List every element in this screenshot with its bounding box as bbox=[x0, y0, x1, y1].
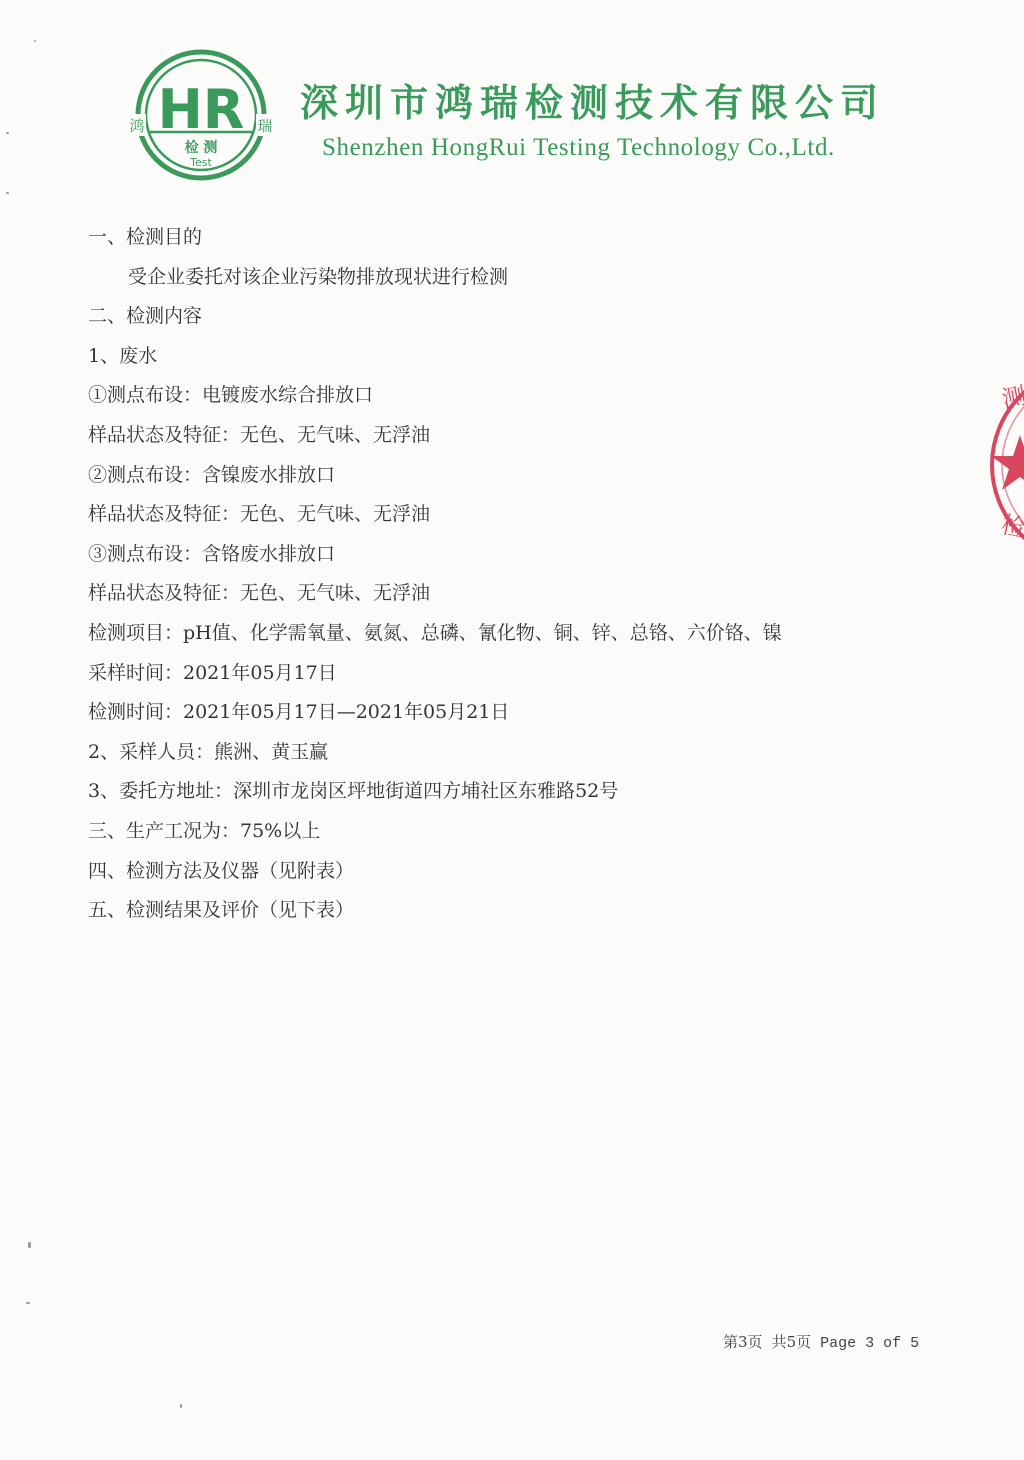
purpose-text: 受企业委托对该企业污染物排放现状进行检测 bbox=[88, 262, 948, 302]
sample-state-2: 样品状态及特征：无色、无气味、无浮油 bbox=[88, 499, 948, 539]
scan-speck bbox=[34, 40, 36, 42]
scan-speck bbox=[28, 1242, 31, 1248]
sampling-point-2: ②测点布设：含镍废水排放口 bbox=[88, 460, 948, 500]
svg-text:鸿: 鸿 bbox=[129, 117, 144, 135]
testing-period: 检测时间：2021年05月17日—2021年05月21日 bbox=[88, 697, 948, 737]
svg-text:HR: HR bbox=[158, 78, 245, 141]
svg-text:瑞: 瑞 bbox=[257, 117, 272, 135]
methods-instruments: 四、检测方法及仪器（见附表） bbox=[88, 856, 948, 896]
page-number-cn: 第3页 bbox=[723, 1333, 763, 1351]
production-condition: 三、生产工况为：75%以上 bbox=[88, 816, 948, 856]
sample-state-3: 样品状态及特征：无色、无气味、无浮油 bbox=[88, 578, 948, 618]
section-purpose-heading: 一、检测目的 bbox=[88, 222, 948, 262]
svg-text:检: 检 bbox=[999, 510, 1024, 542]
section-content-heading: 二、检测内容 bbox=[88, 301, 948, 341]
sampling-personnel: 2、采样人员：熊洲、黄玉赢 bbox=[88, 737, 948, 777]
sampling-date: 采样时间：2021年05月17日 bbox=[88, 658, 948, 698]
scan-speck bbox=[26, 1302, 30, 1304]
sampling-point-1: ①测点布设：电镀废水综合排放口 bbox=[88, 380, 948, 420]
test-items: 检测项目：pH值、化学需氧量、氨氮、总磷、氰化物、铜、锌、总铬、六价铬、镍 bbox=[88, 618, 948, 658]
svg-text:Test: Test bbox=[189, 156, 212, 169]
total-pages-cn: 共5页 bbox=[772, 1333, 812, 1351]
page-number-en: Page 3 of 5 bbox=[820, 1335, 919, 1352]
client-address: 3、委托方地址：深圳市龙岗区坪地街道四方埔社区东雅路52号 bbox=[88, 776, 948, 816]
official-seal-icon: 测 检 bbox=[990, 360, 1024, 570]
page-footer: 第3页 共5页 Page 3 of 5 bbox=[723, 1331, 919, 1352]
sample-state-1: 样品状态及特征：无色、无气味、无浮油 bbox=[88, 420, 948, 460]
report-body: 一、检测目的 受企业委托对该企业污染物排放现状进行检测 二、检测内容 1、废水 … bbox=[88, 222, 948, 935]
company-name-cn: 深圳市鸿瑞检测技术有限公司 bbox=[300, 72, 885, 127]
sampling-point-3: ③测点布设：含铬废水排放口 bbox=[88, 539, 948, 579]
wastewater-heading: 1、废水 bbox=[88, 341, 948, 381]
results-evaluation: 五、检测结果及评价（见下表） bbox=[88, 895, 948, 935]
scan-speck bbox=[6, 132, 9, 134]
hongrui-logo-icon: HR 检 测 Test 鸿 瑞 bbox=[128, 48, 274, 182]
company-name-en: Shenzhen HongRui Testing Technology Co.,… bbox=[322, 134, 835, 162]
scan-speck bbox=[6, 192, 9, 194]
svg-text:测: 测 bbox=[999, 381, 1024, 413]
scan-speck bbox=[180, 1404, 182, 1408]
svg-text:检 测: 检 测 bbox=[185, 139, 218, 156]
letterhead: HR 检 测 Test 鸿 瑞 深圳市鸿瑞检测技术有限公司 Shenzhen H… bbox=[0, 0, 1024, 200]
